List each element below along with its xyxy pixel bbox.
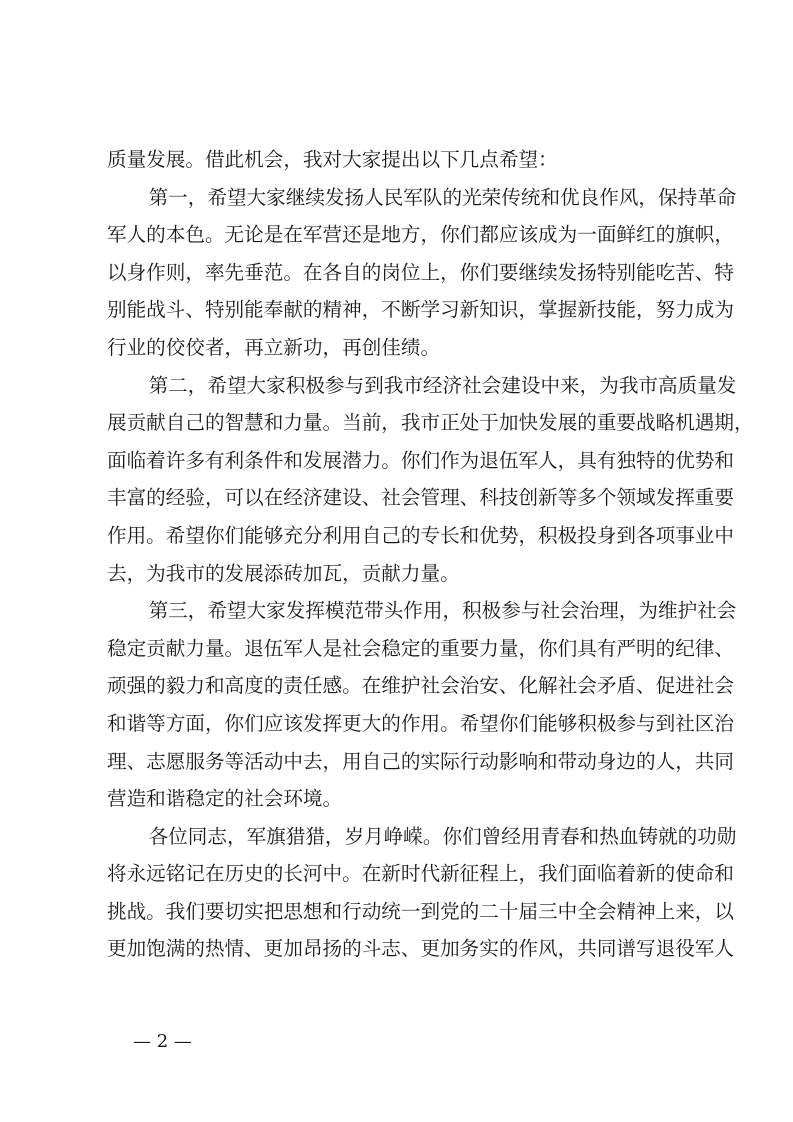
document-page: 质量发展。借此机会，我对大家提出以下几点希望： 第一，希望大家继续发扬人民军队的… bbox=[0, 0, 793, 1122]
text-line: 军人的本色。无论是在军营还是地方，你们都应该成为一面鲜红的旗帜， bbox=[107, 216, 691, 254]
text-line: 别能战斗、特别能奉献的精神，不断学习新知识，掌握新技能，努力成为 bbox=[107, 291, 691, 329]
paragraph-first-line: 第二，希望大家积极参与到我市经济社会建设中来，为我市高质量发 bbox=[107, 367, 691, 405]
document-body: 质量发展。借此机会，我对大家提出以下几点希望： 第一，希望大家继续发扬人民军队的… bbox=[107, 141, 691, 968]
page-number: — 2 — bbox=[133, 1030, 192, 1054]
text-line: 行业的佼佼者，再立新功，再创佳绩。 bbox=[107, 329, 691, 367]
paragraph-first-line: 第一，希望大家继续发扬人民军队的光荣传统和优良作风，保持革命 bbox=[107, 179, 691, 217]
text-line: 挑战。我们要切实把思想和行动统一到党的二十届三中全会精神上来，以 bbox=[107, 893, 691, 931]
text-line: 和谐等方面，你们应该发挥更大的作用。希望你们能够积极参与到社区治 bbox=[107, 705, 691, 743]
text-line: 将永远铭记在历史的长河中。在新时代新征程上，我们面临着新的使命和 bbox=[107, 855, 691, 893]
text-line: 以身作则，率先垂范。在各自的岗位上，你们要继续发扬特别能吃苦、特 bbox=[107, 254, 691, 292]
text-line: 更加饱满的热情、更加昂扬的斗志、更加务实的作风，共同谱写退役军人 bbox=[107, 930, 691, 968]
text-line: 稳定贡献力量。退伍军人是社会稳定的重要力量，你们具有严明的纪律、 bbox=[107, 630, 691, 668]
paragraph-first-line: 各位同志，军旗猎猎，岁月峥嵘。你们曾经用青春和热血铸就的功勋 bbox=[107, 818, 691, 856]
text-line: 去，为我市的发展添砖加瓦，贡献力量。 bbox=[107, 555, 691, 593]
text-line: 作用。希望你们能够充分利用自己的专长和优势，积极投身到各项事业中 bbox=[107, 517, 691, 555]
paragraph-first-line: 第三，希望大家发挥模范带头作用，积极参与社会治理，为维护社会 bbox=[107, 592, 691, 630]
text-line: 顽强的毅力和高度的责任感。在维护社会治安、化解社会矛盾、促进社会 bbox=[107, 667, 691, 705]
text-line: 质量发展。借此机会，我对大家提出以下几点希望： bbox=[107, 141, 691, 179]
text-line: 丰富的经验，可以在经济建设、社会管理、科技创新等多个领域发挥重要 bbox=[107, 479, 691, 517]
text-line: 营造和谐稳定的社会环境。 bbox=[107, 780, 691, 818]
text-line: 展贡献自己的智慧和力量。当前，我市正处于加快发展的重要战略机遇期， bbox=[107, 404, 691, 442]
text-line: 理、志愿服务等活动中去，用自己的实际行动影响和带动身边的人，共同 bbox=[107, 743, 691, 781]
text-line: 面临着许多有利条件和发展潜力。你们作为退伍军人，具有独特的优势和 bbox=[107, 442, 691, 480]
